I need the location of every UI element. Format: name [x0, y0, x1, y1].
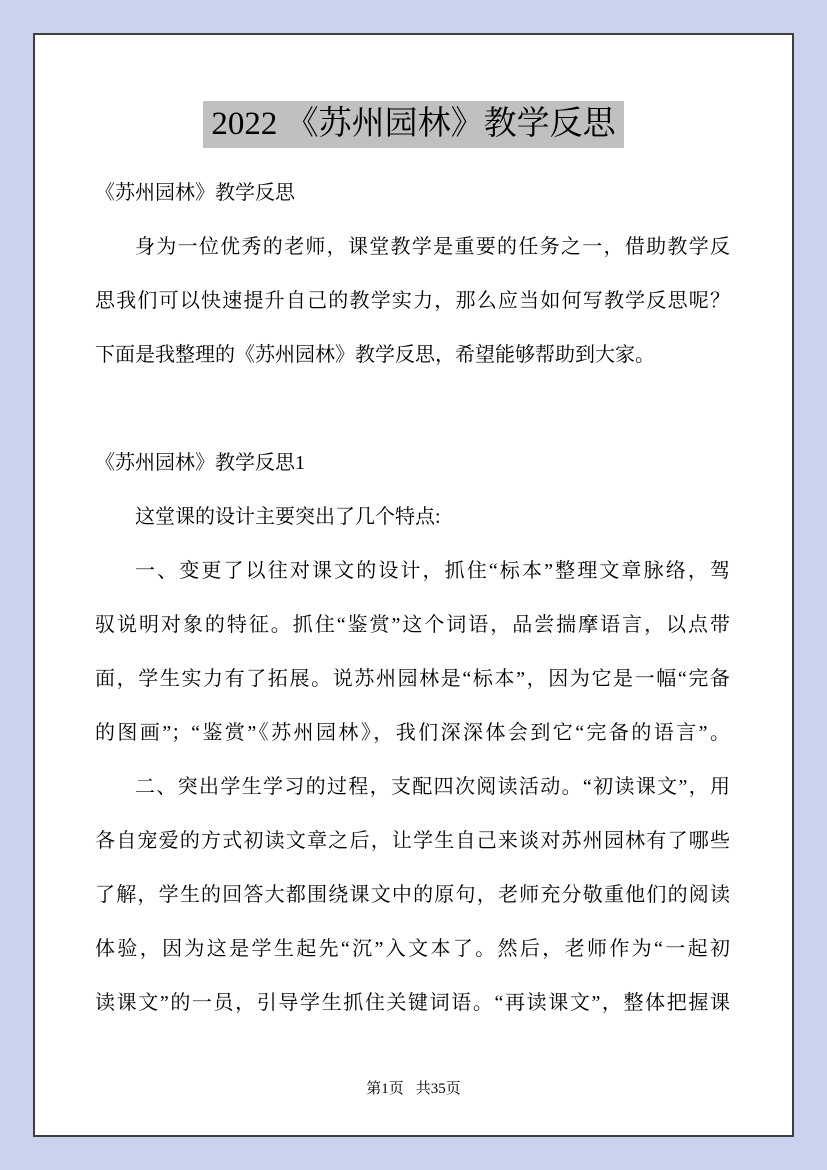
text-line: 读课文”的一员，引导学生抓住关键词语。“再读课文”，整体把握课 [95, 976, 730, 1030]
text-line: 《苏州园林》教学反思1 [95, 436, 730, 490]
text-line: 的图画”；“鉴赏”《苏州园林》，我们深深体会到它“完备的语言”。 [95, 706, 730, 760]
page-footer: 第1页共35页 [35, 1079, 792, 1099]
text-line: 面，学生实力有了拓展。说苏州园林是“标本”，因为它是一幅“完备 [95, 652, 730, 706]
text-line: 驭说明对象的特征。抓住“鉴赏”这个词语，品尝揣摩语言，以点带 [95, 598, 730, 652]
text-line: 思我们可以快速提升自己的教学实力，那么应当如何写教学反思呢？ [95, 274, 730, 328]
text-line: 二、突出学生学习的过程，支配四次阅读活动。“初读课文”，用 [95, 760, 730, 814]
text-line: 这堂课的设计主要突出了几个特点: [95, 490, 730, 544]
document-page: 2022 《苏州园林》教学反思 《苏州园林》教学反思身为一位优秀的老师，课堂教学… [33, 33, 794, 1137]
document-body: 《苏州园林》教学反思身为一位优秀的老师，课堂教学是重要的任务之一，借助教学反思我… [35, 166, 792, 1030]
screen-background: { "page": { "background_color": "#cad3ee… [0, 0, 827, 1170]
text-line: 体验，因为这是学生起先“沉”入文本了。然后，老师作为“一起初 [95, 922, 730, 976]
title-row: 2022 《苏州园林》教学反思 [35, 101, 792, 148]
document-title: 2022 《苏州园林》教学反思 [203, 101, 623, 148]
blank-line [95, 382, 730, 436]
text-line: 各自宠爱的方式初读文章之后，让学生自己来谈对苏州园林有了哪些 [95, 814, 730, 868]
page-number-total: 共35页 [416, 1081, 461, 1097]
text-line: 了解，学生的回答大都围绕课文中的原句，老师充分敬重他们的阅读 [95, 868, 730, 922]
page-number-current: 第1页 [366, 1081, 404, 1097]
text-line: 身为一位优秀的老师，课堂教学是重要的任务之一，借助教学反 [95, 220, 730, 274]
text-line: 一、变更了以往对课文的设计，抓住“标本”整理文章脉络，驾 [95, 544, 730, 598]
text-line: 《苏州园林》教学反思 [95, 166, 730, 220]
text-line: 下面是我整理的《苏州园林》教学反思，希望能够帮助到大家。 [95, 328, 730, 382]
